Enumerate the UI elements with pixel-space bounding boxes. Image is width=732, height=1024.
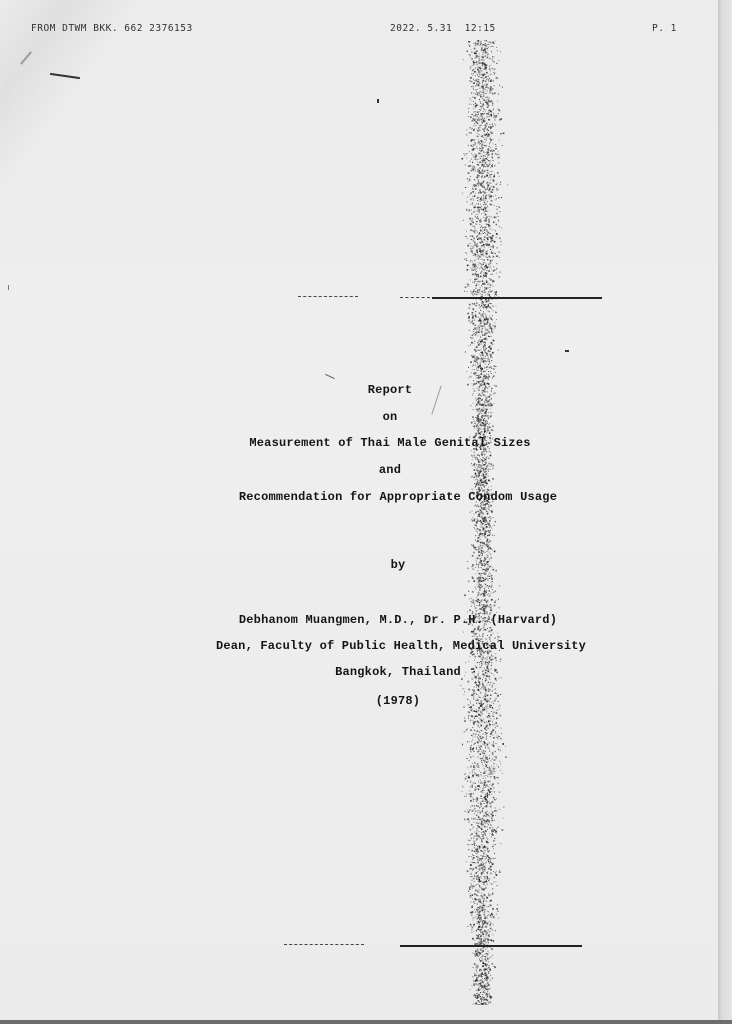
fax-sender-line: FROM DTWM BKK. 662 2376153 (31, 23, 193, 34)
page-bottom-edge (0, 1020, 732, 1024)
publication-year: (1978) (0, 694, 718, 708)
author-affiliation: Dean, Faculty of Public Health, Medical … (1, 639, 718, 653)
author-name: Debhanom Muangmen, M.D., Dr. P.H. (Harva… (0, 613, 718, 627)
fax-datetime: 2022. 5.31 12:15 (390, 23, 496, 34)
title-line-measurement: Measurement of Thai Male Genital Sizes (0, 436, 718, 450)
scan-line-artifact (400, 945, 582, 947)
scan-line-artifact (432, 297, 602, 299)
author-location: Bangkok, Thailand (0, 665, 718, 679)
stray-mark (377, 99, 379, 103)
stray-mark (325, 374, 334, 379)
page-right-edge (718, 0, 732, 1024)
scan-line-artifact (400, 297, 430, 298)
scanned-page: FROM DTWM BKK. 662 2376153 2022. 5.31 12… (0, 0, 718, 1020)
scan-line-artifact (284, 944, 364, 945)
scan-noise-band (440, 40, 520, 1005)
scan-line-artifact (298, 296, 358, 297)
title-line-on: on (0, 410, 718, 424)
title-line-and: and (0, 463, 718, 477)
title-line-report: Report (0, 383, 718, 397)
stray-mark (8, 285, 9, 290)
stray-mark (565, 350, 569, 352)
title-line-recommendation: Recommendation for Appropriate Condom Us… (0, 490, 718, 504)
fax-page-number: P. 1 (652, 23, 677, 34)
by-label: by (0, 558, 718, 572)
